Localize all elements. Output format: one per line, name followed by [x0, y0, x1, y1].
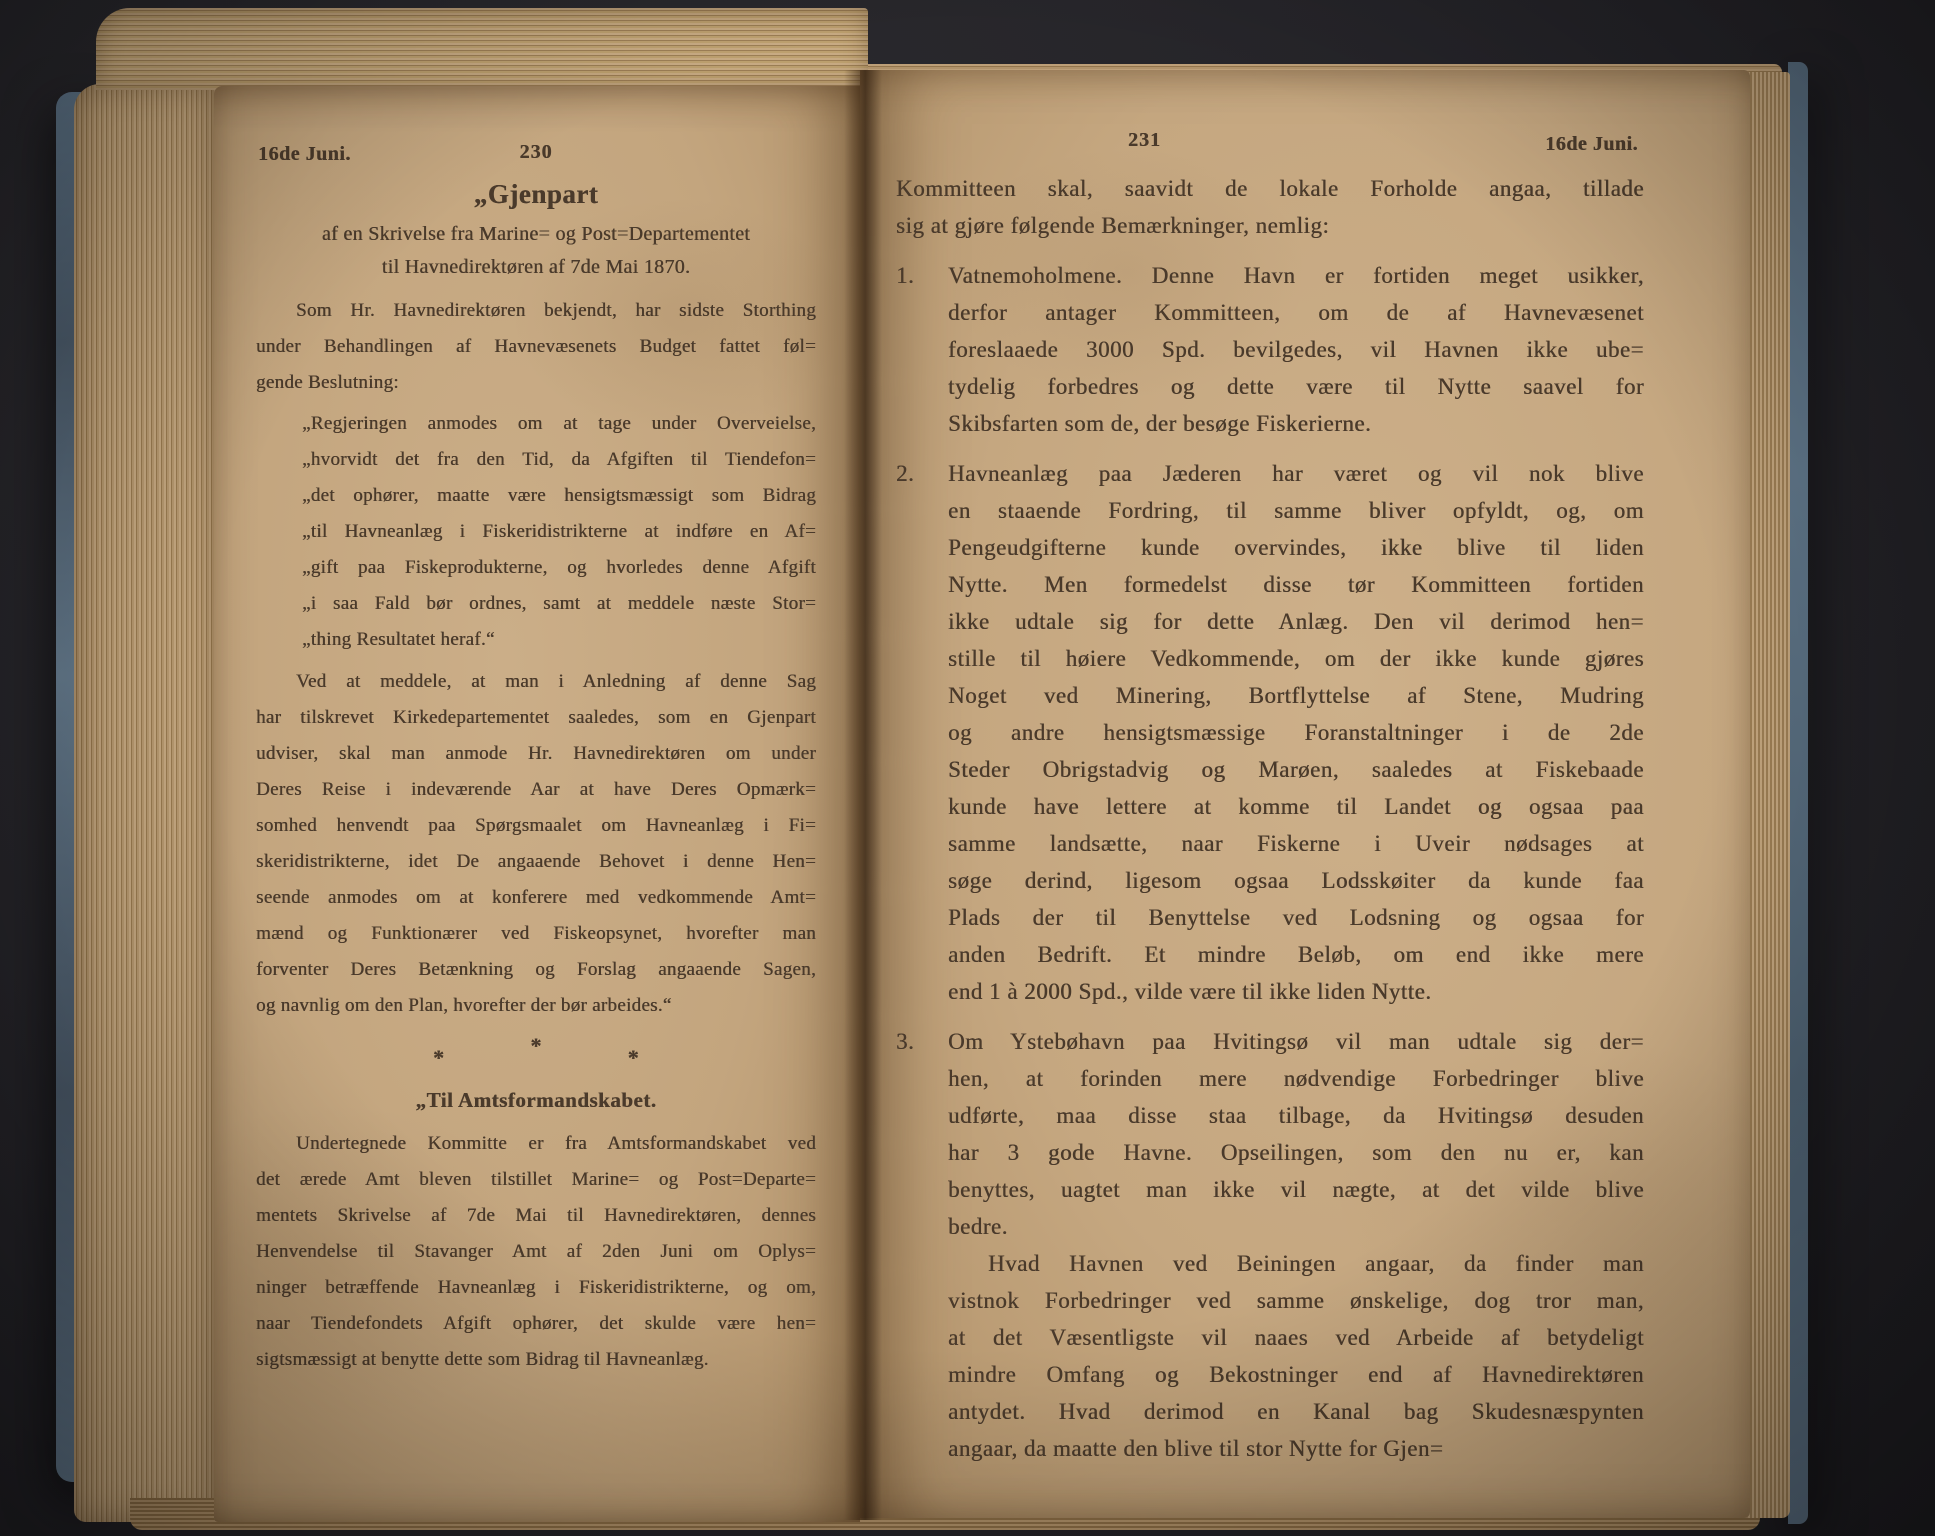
text-line: Om Ystebøhavn paa Hvitingsø vil man udta…: [948, 1023, 1644, 1060]
text-line: „til Havneanlæg i Fiskeridistrikterne at…: [302, 514, 816, 550]
left-page-running-header: 16de Juni. 230: [256, 128, 816, 172]
paragraph: Kommitteen skal, saavidt de lokale Forho…: [896, 170, 1644, 244]
blockquote-resolution: „Regjeringen anmodes om at tage under Ov…: [256, 406, 816, 658]
text-line: foreslaaede 3000 Spd. bevilgedes, vil Ha…: [948, 331, 1644, 368]
text-line: Hvad Havnen ved Beiningen angaar, da fin…: [948, 1245, 1644, 1282]
asterisk: *: [530, 1028, 541, 1062]
text-line: derfor antager Kommitteen, om de af Havn…: [948, 294, 1644, 331]
list-item: 1. Vatnemoholmene. Denne Havn er fortide…: [896, 257, 1644, 442]
text-line: skeridistrikterne, idet De angaaende Beh…: [256, 844, 816, 880]
text-line: „Regjeringen anmodes om at tage under Ov…: [302, 406, 816, 442]
text-line: kunde have lettere at komme til Landet o…: [948, 788, 1644, 825]
page-number: 231: [1128, 122, 1161, 159]
text-line: Deres Reise i indeværende Aar at have De…: [256, 772, 816, 808]
asterisk: *: [628, 1040, 639, 1074]
text-line: seende anmodes om at konferere med vedko…: [256, 880, 816, 916]
text-line: Ved at meddele, at man i Anledning af de…: [256, 664, 816, 700]
book-gutter-shadow: [844, 70, 882, 1520]
text-line: antydet. Hvad derimod en Kanal bag Skude…: [948, 1393, 1644, 1430]
text-line: Som Hr. Havnedirektøren bekjendt, har si…: [256, 293, 816, 329]
left-page-text-column: 16de Juni. 230 „Gjenpart af en Skrivelse…: [256, 128, 816, 1378]
text-line: benyttes, uagtet man ikke vil nægte, at …: [948, 1171, 1644, 1208]
text-line: Plads der til Benyttelse ved Lodsning og…: [948, 899, 1644, 936]
text-line: Noget ved Minering, Bortflyttelse af Ste…: [948, 677, 1644, 714]
text-line: mænd og Funktionærer ved Fiskeopsynet, h…: [256, 916, 816, 952]
text-line: sig at gjøre følgende Bemærkninger, neml…: [896, 207, 1644, 244]
list-item-text-block: Om Ystebøhavn paa Hvitingsø vil man udta…: [948, 1023, 1644, 1245]
list-item-text: Om Ystebøhavn paa Hvitingsø vil man udta…: [948, 1023, 1644, 1467]
text-line: ikke udtale sig for dette Anlæg. Den vil…: [948, 603, 1644, 640]
text-line: Kommitteen skal, saavidt de lokale Forho…: [896, 170, 1644, 207]
text-line: ninger betræffende Havneanlæg i Fiskerid…: [256, 1270, 816, 1306]
text-line: sigtsmæssigt at benytte dette som Bidrag…: [256, 1342, 816, 1378]
text-line: gende Beslutning:: [256, 365, 816, 401]
book-cover-right-edge: [1788, 62, 1808, 1524]
text-line: tydelig forbedres og dette være til Nytt…: [948, 368, 1644, 405]
text-line: bedre.: [948, 1208, 1644, 1245]
text-line: „gift paa Fiskeprodukterne, og hvorledes…: [302, 550, 816, 586]
text-line: har tilskrevet Kirkedepartementet saaled…: [256, 700, 816, 736]
text-line: „i saa Fald bør ordnes, samt at meddele …: [302, 586, 816, 622]
text-line: Vatnemoholmene. Denne Havn er fortiden m…: [948, 257, 1644, 294]
text-line: Henvendelse til Stavanger Amt af 2den Ju…: [256, 1234, 816, 1270]
text-line: har 3 gode Havne. Opseilingen, som den n…: [948, 1134, 1644, 1171]
running-header-date: 16de Juni.: [258, 136, 351, 172]
list-item: 2. Havneanlæg paa Jæderen har været og v…: [896, 455, 1644, 1010]
right-page-running-header: 231 16de Juni.: [896, 116, 1644, 162]
text-line: det ærede Amt bleven tilstillet Marine= …: [256, 1162, 816, 1198]
text-line: stille til høiere Vedkommende, om der ik…: [948, 640, 1644, 677]
text-line: til Havnedirektøren af 7de Mai 1870.: [256, 251, 816, 284]
text-line: udførte, maa disse staa tilbage, da Hvit…: [948, 1097, 1644, 1134]
list-item-text: Havneanlæg paa Jæderen har været og vil …: [948, 455, 1644, 1010]
text-line: anden Bedrift. Et mindre Beløb, om end i…: [948, 936, 1644, 973]
paragraph: Ved at meddele, at man i Anledning af de…: [256, 664, 816, 1024]
list-item-number: 3.: [896, 1023, 948, 1467]
running-header-date: 16de Juni.: [1545, 126, 1638, 163]
text-line: udviser, skal man anmode Hr. Havnedirekt…: [256, 736, 816, 772]
text-line: „det ophører, maatte være hensigtsmæssig…: [302, 478, 816, 514]
list-item-number: 2.: [896, 455, 948, 1010]
letter-subtitle: af en Skrivelse fra Marine= og Post=Depa…: [256, 218, 816, 284]
paragraph: Undertegnede Kommitte er fra Amtsformand…: [256, 1126, 816, 1378]
text-line: angaar, da maatte den blive til stor Nyt…: [948, 1430, 1644, 1467]
text-line: Steder Obrigstadvig og Marøen, saaledes …: [948, 751, 1644, 788]
asterisk-separator: * * *: [256, 1040, 816, 1074]
letter-title: „Gjenpart: [256, 176, 816, 212]
text-line: Havneanlæg paa Jæderen har været og vil …: [948, 455, 1644, 492]
text-line: mindre Omfang og Bekostninger end af Hav…: [948, 1356, 1644, 1393]
book-photo: { "left_page": { "header_date": "16de Ju…: [0, 0, 1935, 1536]
right-page-fore-edge: [1748, 72, 1790, 1518]
text-line: forventer Deres Betænkning og Forslag an…: [256, 952, 816, 988]
text-line: samme landsætte, naar Fiskerne i Uveir n…: [948, 825, 1644, 862]
paragraph: Hvad Havnen ved Beiningen angaar, da fin…: [948, 1245, 1644, 1467]
section-heading: „Til Amtsformandskabet.: [256, 1082, 816, 1118]
text-line: end 1 à 2000 Spd., vilde være til ikke l…: [948, 973, 1644, 1010]
paragraph: Som Hr. Havnedirektøren bekjendt, har si…: [256, 293, 816, 401]
text-line: af en Skrivelse fra Marine= og Post=Depa…: [256, 218, 816, 251]
text-line: hen, at forinden mere nødvendige Forbedr…: [948, 1060, 1644, 1097]
text-line: søge derind, ligesom ogsaa Lodsskøiter d…: [948, 862, 1644, 899]
text-line: og andre hensigtsmæssige Foranstaltninge…: [948, 714, 1644, 751]
list-item: 3. Om Ystebøhavn paa Hvitingsø vil man u…: [896, 1023, 1644, 1467]
text-line: Pengeudgifterne kunde overvindes, ikke b…: [948, 529, 1644, 566]
text-line: at det Væsentligste vil naaes ved Arbeid…: [948, 1319, 1644, 1356]
text-line: Undertegnede Kommitte er fra Amtsformand…: [256, 1126, 816, 1162]
text-line: „thing Resultatet heraf.“: [302, 622, 816, 658]
right-page-text-column: 231 16de Juni. Kommitteen skal, saavidt …: [896, 116, 1644, 1467]
text-line: mentets Skrivelse af 7de Mai til Havnedi…: [256, 1198, 816, 1234]
text-line: somhed henvendt paa Spørgsmaalet om Havn…: [256, 808, 816, 844]
asterisk: *: [433, 1040, 444, 1074]
list-item-text: Vatnemoholmene. Denne Havn er fortiden m…: [948, 257, 1644, 442]
page-number: 230: [520, 134, 553, 170]
text-line: og navnlig om den Plan, hvorefter der bø…: [256, 988, 816, 1024]
text-line: „hvorvidt det fra den Tid, da Afgiften t…: [302, 442, 816, 478]
text-line: under Behandlingen af Havnevæsenets Budg…: [256, 329, 816, 365]
list-item-number: 1.: [896, 257, 948, 442]
text-line: naar Tiendefondets Afgift ophører, det s…: [256, 1306, 816, 1342]
text-line: Nytte. Men formedelst disse tør Kommitte…: [948, 566, 1644, 603]
text-line: Skibsfarten som de, der besøge Fiskerier…: [948, 405, 1644, 442]
text-line: vistnok Forbedringer ved samme ønskelige…: [948, 1282, 1644, 1319]
page-stack-left-fore-edge: [74, 84, 216, 1522]
text-line: en staaende Fordring, til samme bliver o…: [948, 492, 1644, 529]
page-stack-top-edge: [96, 8, 868, 90]
